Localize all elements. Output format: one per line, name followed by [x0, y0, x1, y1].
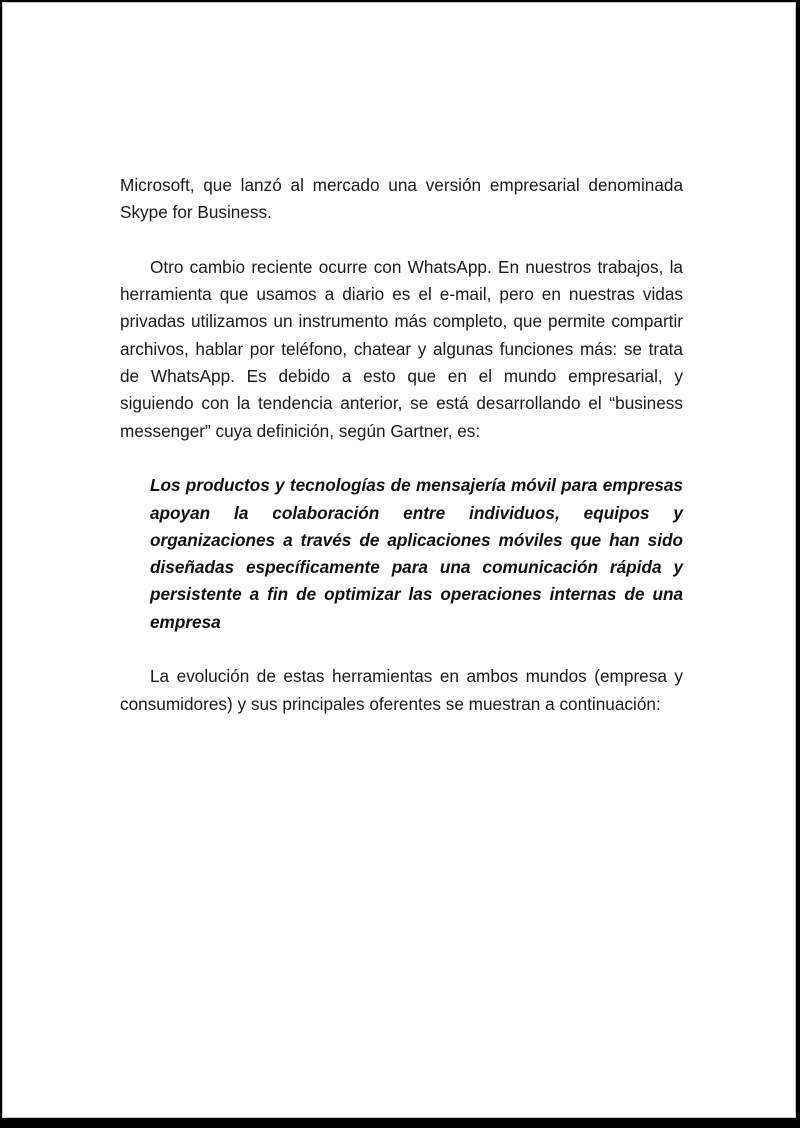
gartner-definition-quote: Los productos y tecnologías de mensajerí… — [150, 472, 683, 636]
document-page: Microsoft, que lanzó al mercado una vers… — [2, 2, 796, 1118]
paragraph-evolution: La evolución de estas herramientas en am… — [120, 663, 683, 718]
paragraph-whatsapp: Otro cambio reciente ocurre con WhatsApp… — [120, 254, 683, 445]
paragraph-spacer — [120, 445, 683, 472]
page-content: Microsoft, que lanzó al mercado una vers… — [120, 172, 683, 718]
paragraph-spacer — [120, 636, 683, 663]
paragraph-skype-for-business: Microsoft, que lanzó al mercado una vers… — [120, 172, 683, 227]
paragraph-spacer — [120, 227, 683, 254]
